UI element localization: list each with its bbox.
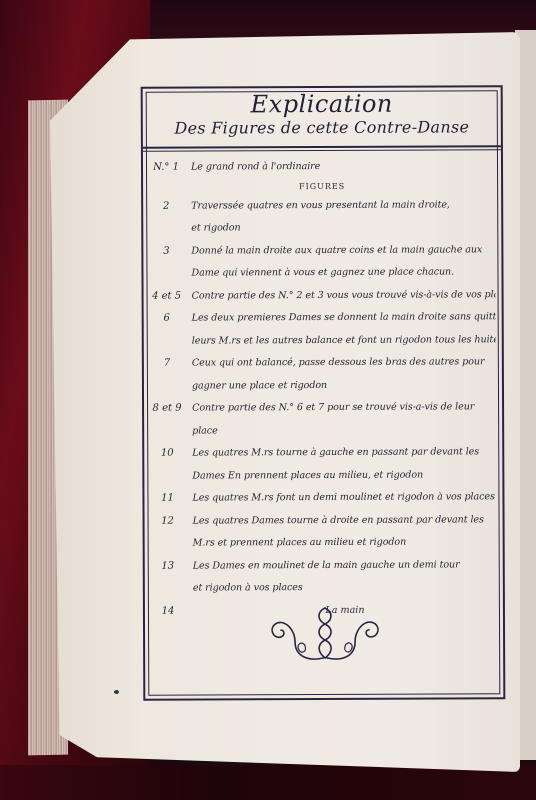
figure-text: leurs M.rs et les autres balance et font… [192,329,496,353]
figure-list: N.° 1 Le grand rond à l'ordinaire FIGURE… [143,155,503,623]
list-item: 12 Les quatres Dames tourne à droite en … [145,509,503,533]
figure-text: Contre partie des N.° 6 et 7 pour se tro… [192,396,496,420]
figure-number: N.° 1 [145,157,187,180]
figure-text: Les deux premieres Dames se donnent la m… [192,306,496,330]
list-item-continuation: et rigodon [143,216,501,240]
figure-text: Dame qui viennent à vous et gagnez une p… [191,261,495,285]
list-item-continuation: gagner une place et rigodon [144,374,502,398]
figure-number: 12 [147,510,189,533]
figure-text: et rigodon à vos places [193,576,497,600]
list-item-continuation: et rigodon à vos places [145,576,503,600]
list-item: 7 Ceux qui ont balancé, passe dessous le… [144,351,502,375]
figure-text: gagner une place et rigodon [192,374,496,398]
figure-text: Traverssée quatres en vous presentant la… [191,194,495,218]
figure-text: Donné la main droite aux quatre coins et… [191,239,495,263]
page-subtitle: Des Figures de cette Contre-Danse [143,117,501,139]
figure-text: Le grand rond à l'ordinaire [191,155,495,179]
list-item: N.° 1 Le grand rond à l'ordinaire [143,155,501,179]
figure-text: Dames En prennent places au milieu, et r… [192,464,496,488]
figure-text: et rigodon [191,216,495,240]
page-title: Explication [143,89,501,119]
figure-number: 3 [145,240,187,263]
figure-number: 13 [147,555,189,578]
list-item: 6 Les deux premieres Dames se donnent la… [144,306,502,330]
figure-text: Les quatres Dames tourne à droite en pas… [193,509,497,533]
list-item: 10 Les quatres M.rs tourne à gauche en p… [144,441,502,465]
list-item: 13 Les Dames en moulinet de la main gauc… [145,554,503,578]
calligraphic-flourish-icon [265,604,385,667]
figure-text: Les quatres M.rs tourne à gauche en pass… [192,441,496,465]
ink-blot [114,690,119,694]
list-item-continuation: place [144,419,502,443]
list-item: 11 Les quatres M.rs font un demi mouline… [144,486,502,510]
list-item-continuation: M.rs et prennent places au milieu et rig… [145,531,503,555]
figure-number: 7 [146,353,188,376]
figure-text: Les Dames en moulinet de la main gauche … [193,554,497,578]
figure-text: Contre partie des N.° 2 et 3 vous vous t… [192,284,496,308]
section-heading: FIGURES [143,178,501,196]
figure-number: 11 [146,488,188,511]
figure-number: 6 [146,308,188,331]
figure-text: Les quatres M.rs font un demi moulinet e… [192,486,496,510]
list-item: 4 et 5 Contre partie des N.° 2 et 3 vous… [144,284,502,308]
list-item-continuation: Dames En prennent places au milieu, et r… [144,464,502,488]
velvet-background-bottom [0,765,536,800]
list-item-continuation: Dame qui viennent à vous et gagnez une p… [143,261,501,285]
list-item-continuation: leurs M.rs et les autres balance et font… [144,329,502,353]
figure-text: M.rs et prennent places au milieu et rig… [193,531,497,555]
figure-text: place [192,419,496,443]
figure-number: 8 et 9 [146,398,188,421]
title-cartouche: Explication Des Figures de cette Contre-… [143,87,501,149]
figure-number: 2 [145,195,187,218]
list-item: 8 et 9 Contre partie des N.° 6 et 7 pour… [144,396,502,420]
figure-number: 4 et 5 [146,285,188,308]
figure-number: 10 [146,443,188,466]
page-frame: Explication Des Figures de cette Contre-… [141,85,506,701]
list-item: 2 Traverssée quatres en vous presentant … [143,194,501,218]
list-item: 3 Donné la main droite aux quatre coins … [143,239,501,263]
figure-number: 14 [147,600,189,623]
figure-text: Ceux qui ont balancé, passe dessous les … [192,351,496,375]
